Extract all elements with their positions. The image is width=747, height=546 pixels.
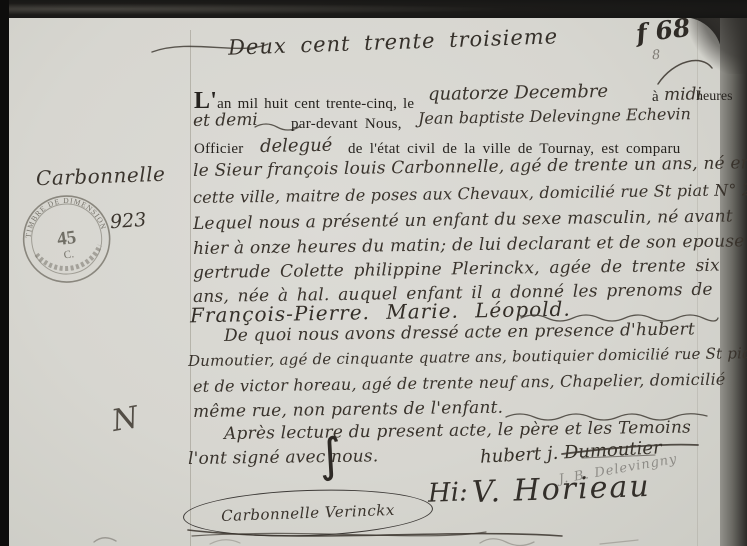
signature-strike-icon (560, 440, 700, 460)
script-et-demi: et demi (193, 110, 258, 131)
stamp-value: 45 (56, 227, 78, 250)
witness2-prefix: Hi: (427, 477, 468, 508)
scanned-register-photo: Deux cent trente troisieme f 68 8 Carbon… (0, 0, 747, 546)
witness2-signature: V. Horieau (471, 469, 651, 510)
cutoff-strokes-icon (90, 532, 650, 546)
stamp-unit: C. (63, 248, 75, 261)
printed-officier: Officier (194, 141, 244, 158)
page-top-edge-shadow (0, 0, 747, 18)
folio-swoosh-icon (652, 52, 716, 88)
printed-pardevant: par-devant Nous, (291, 116, 402, 133)
script-date: quatorze Decembre (428, 81, 608, 105)
revenue-stamp: TIMBRE DE DIMENSION 45 C. (14, 186, 121, 297)
printed-heures: heures (696, 89, 733, 105)
page-right-edge-shadow (720, 0, 747, 546)
page-left-edge-shadow (0, 0, 9, 546)
father-signature: Carbonnelle Verinckx (221, 501, 395, 525)
script-delegue: delegué (260, 135, 333, 157)
closing-line: l'ont signé avec nous. (188, 446, 379, 469)
margin-act-number: 923 (109, 209, 147, 233)
printed-a-word: à (652, 89, 659, 106)
